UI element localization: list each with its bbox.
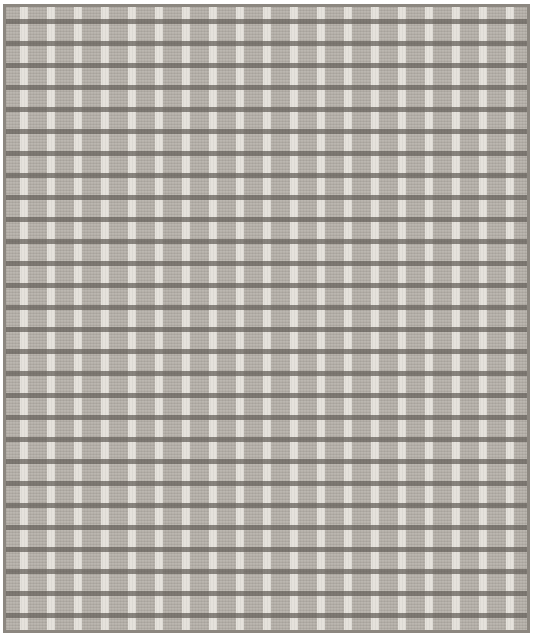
rug [3,4,530,633]
weave-texture [6,7,527,630]
